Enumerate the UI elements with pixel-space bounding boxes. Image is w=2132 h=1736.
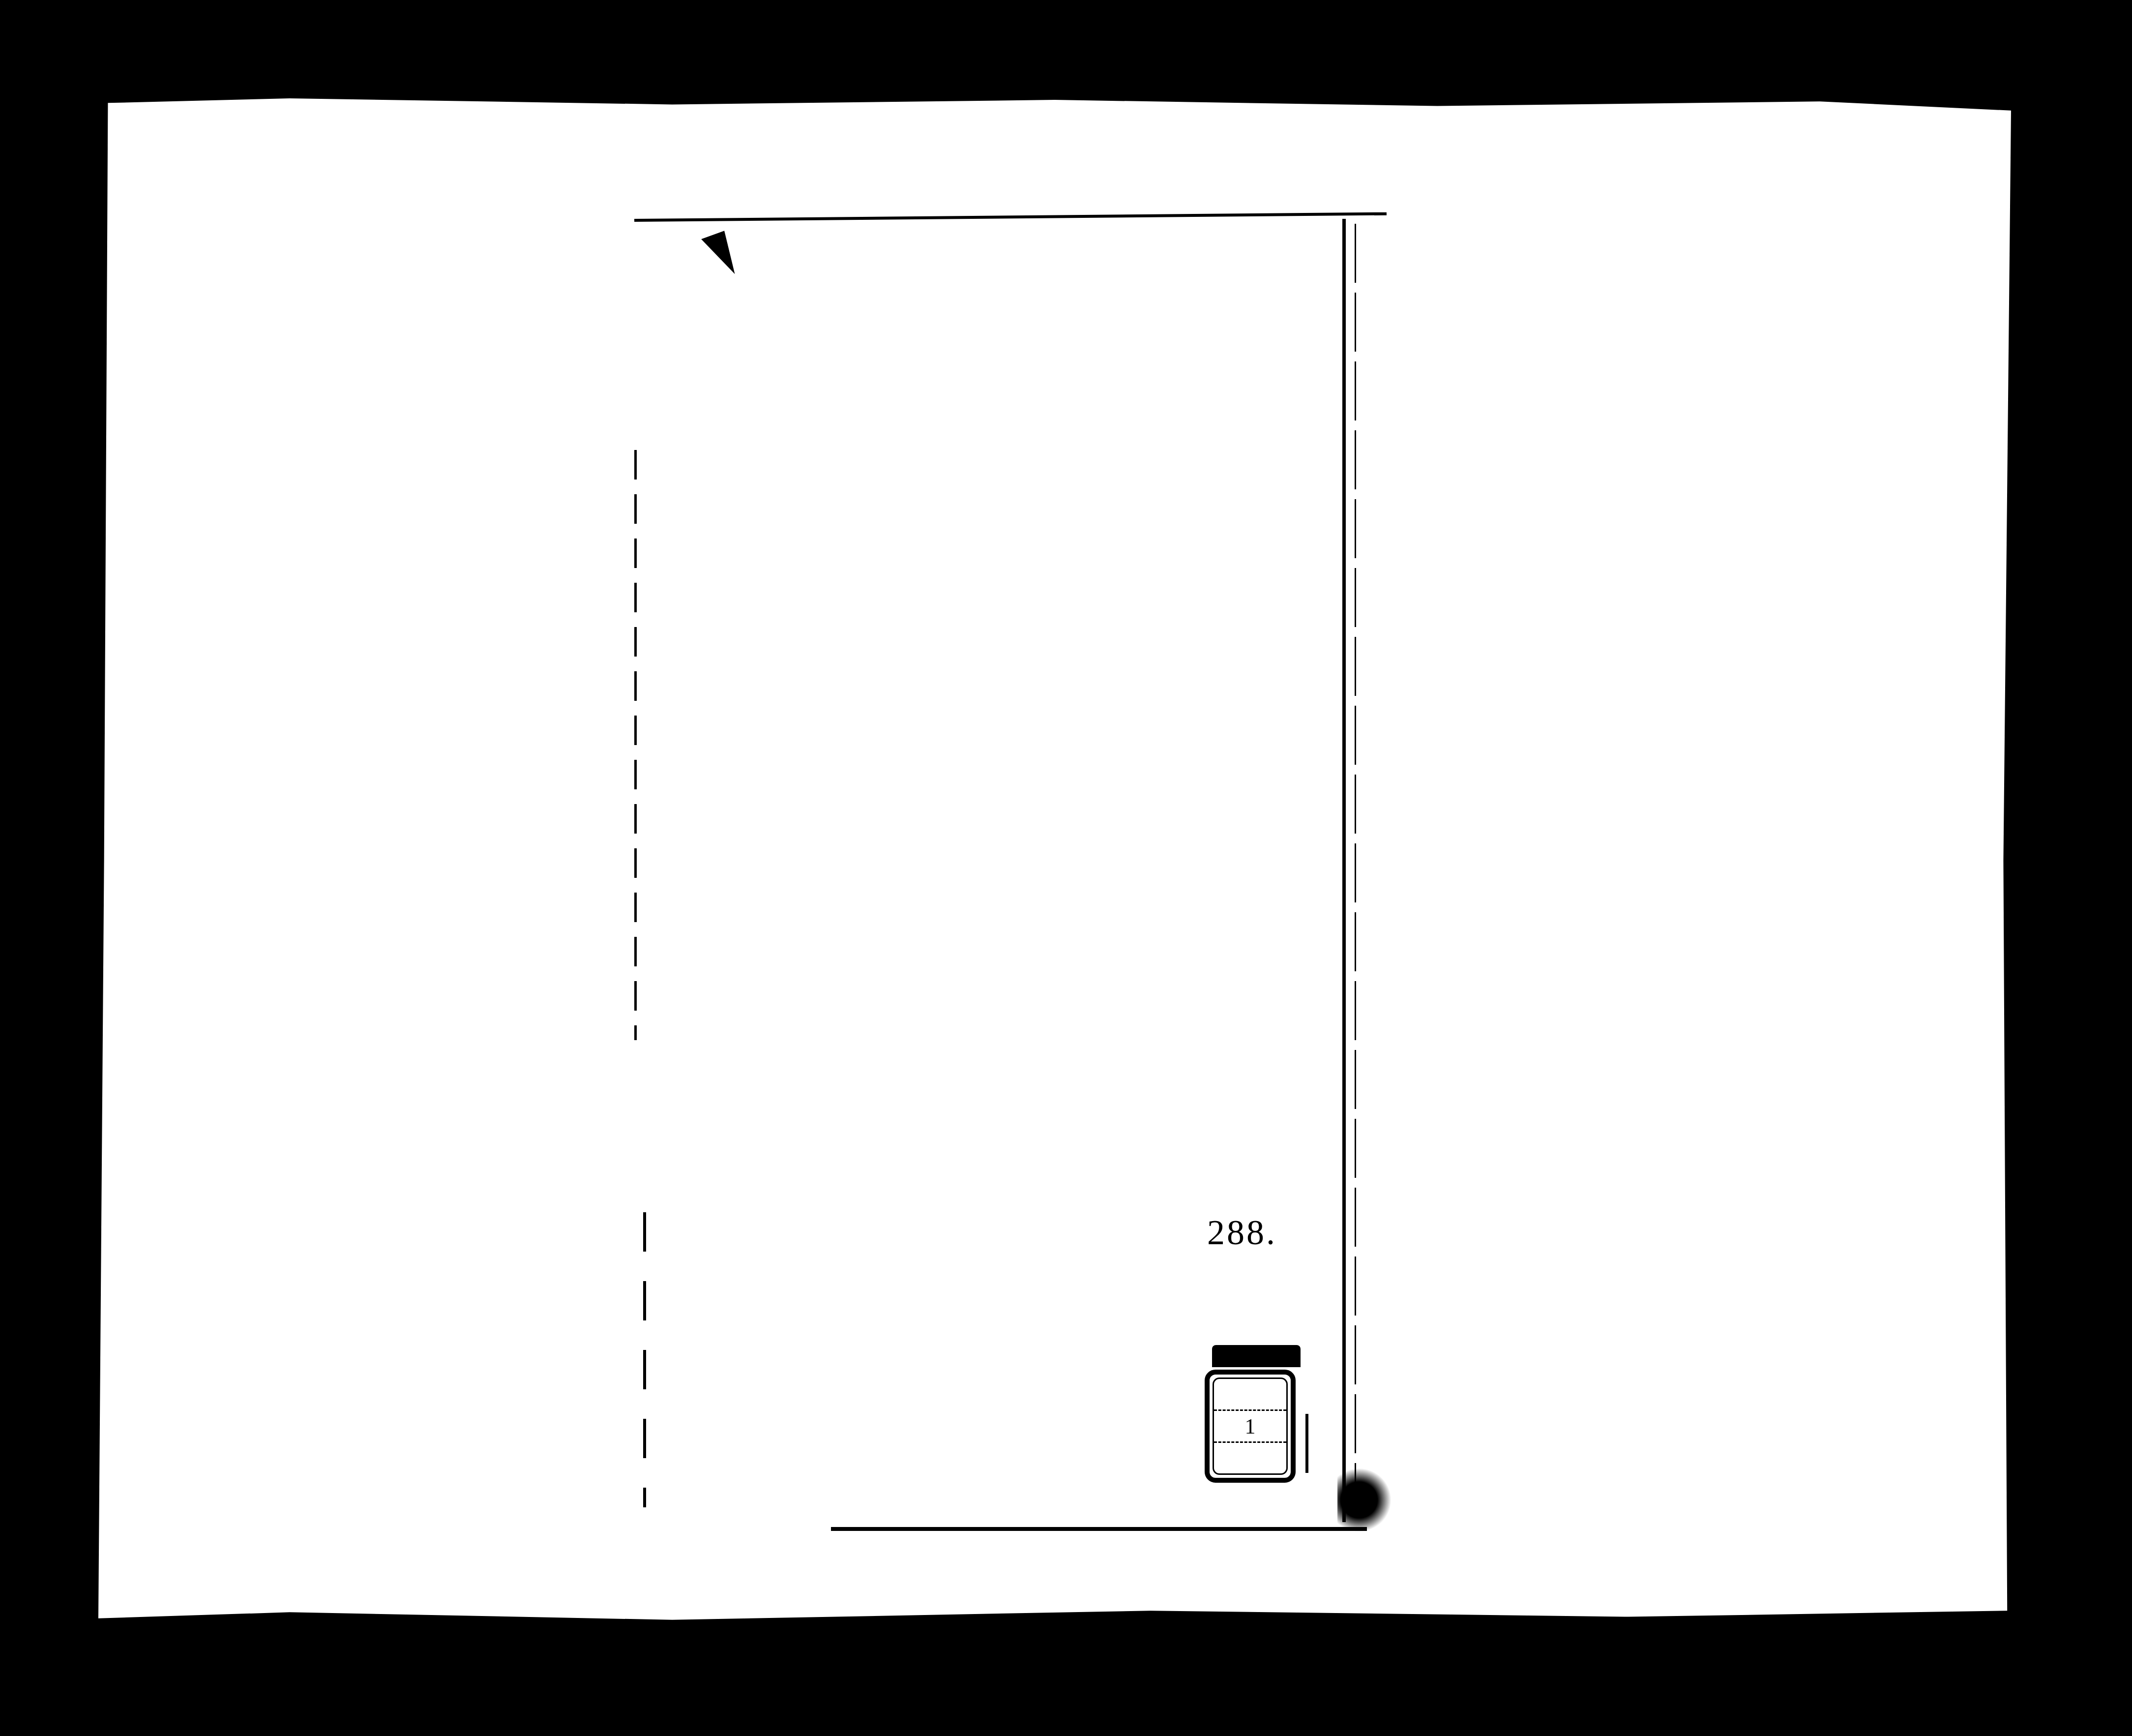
catalog-label: 1 — [1205, 1370, 1296, 1483]
corner-damage-top-left — [701, 231, 740, 281]
label-row-top — [1214, 1379, 1286, 1409]
book-spine-edge — [1342, 219, 1346, 1522]
book-cover: 288. 1 — [634, 219, 1342, 1529]
shelfmark-number: 288. — [1207, 1212, 1277, 1253]
corner-damage-bottom-right — [1337, 1468, 1392, 1532]
label-row-bottom — [1214, 1441, 1286, 1473]
label-side-mark — [1305, 1414, 1308, 1473]
book-left-edge — [634, 450, 637, 1040]
label-row-middle: 1 — [1214, 1409, 1286, 1441]
label-band — [1212, 1345, 1301, 1367]
book-left-edge-lower — [643, 1212, 646, 1507]
catalog-label-inner: 1 — [1213, 1377, 1288, 1475]
book-spine-edge-secondary — [1355, 224, 1356, 1517]
book-bottom-edge — [831, 1527, 1367, 1531]
